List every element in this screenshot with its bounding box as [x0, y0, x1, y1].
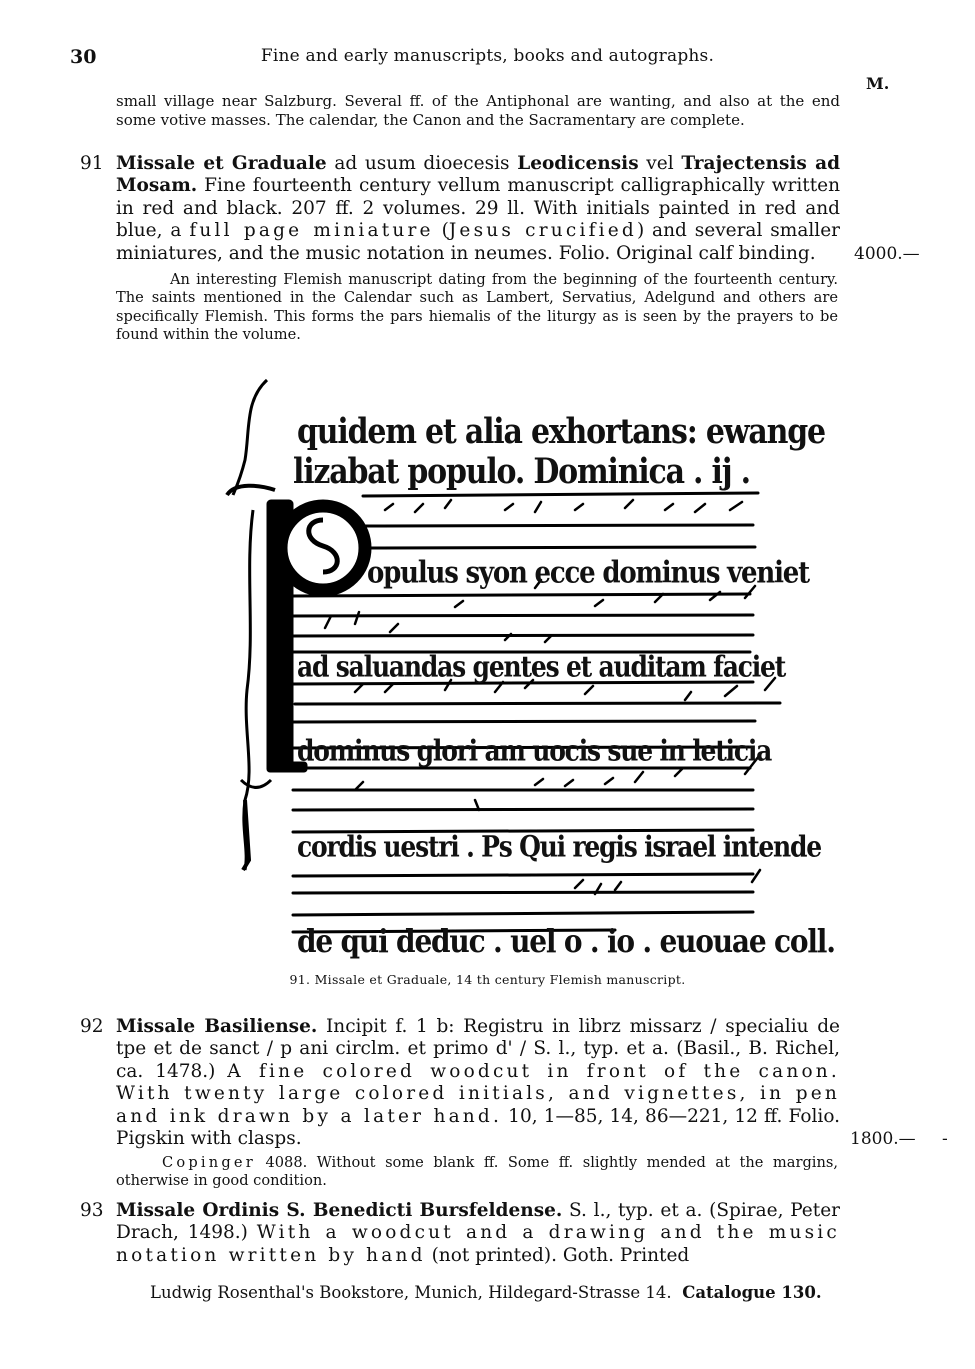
entry-title-part: Missale et Graduale: [116, 153, 327, 174]
entry-91-note: An interesting Flemish manuscript dating…: [116, 271, 838, 345]
manuscript-text-line: de qui deduc . uel o . io . euouae coll.: [297, 922, 835, 960]
catalogue-entry-93: 93 Missale Ordinis S. Benedicti Bursfeld…: [80, 1200, 840, 1267]
manuscript-text-line: opulus syon ecce dominus veniet: [367, 556, 809, 591]
catalogue-entry-92: 92 Missale Basiliense. Incipit f. 1 b: R…: [80, 1016, 840, 1150]
entry-text: Missale et Graduale ad usum dioecesis Le…: [116, 153, 840, 265]
entry-description-spaced: full page miniature: [189, 220, 433, 241]
entry-title-part: vel: [639, 153, 682, 174]
manuscript-text-line: cordis uestri . Ps Qui regis israel inte…: [297, 830, 821, 863]
figure-caption: 91. Missale et Graduale, 14 th century F…: [0, 972, 975, 987]
entry-number: 92: [80, 1016, 104, 1038]
entry-number: 91: [80, 153, 104, 175]
entry-text: Missale Ordinis S. Benedicti Bursfeldens…: [116, 1200, 840, 1267]
entry-title-part: ad usum dioecesis: [327, 153, 518, 174]
running-title: Fine and early manuscripts, books and au…: [0, 46, 975, 66]
entry-title: Missale Ordinis S. Benedicti Bursfeldens…: [116, 1200, 562, 1221]
manuscript-text-line: quidem et alia exhortans: ewange: [297, 412, 825, 452]
entry-text: Missale Basiliense. Incipit f. 1 b: Regi…: [116, 1016, 840, 1150]
manuscript-text-line: lizabat populo. Dominica . ij .: [293, 452, 750, 492]
entry-92-price-extra: -: [942, 1129, 948, 1149]
manuscript-illustration: quidem et alia exhortans: ewange lizabat…: [205, 370, 805, 970]
entry-description-spaced: Jesus crucified: [449, 220, 637, 241]
entry-92-note: Copinger 4088. Without some blank ff. So…: [116, 1154, 838, 1191]
entry-description: (: [434, 220, 449, 241]
entry-number: 93: [80, 1200, 104, 1222]
publisher-address: Ludwig Rosenthal's Bookstore, Munich, Hi…: [150, 1283, 672, 1302]
catalogue-number: Catalogue 130.: [682, 1283, 821, 1302]
currency-label: M.: [866, 74, 889, 93]
previous-entry-continuation: small village near Salzburg. Several ff.…: [116, 92, 840, 130]
entry-91-price: 4000.—: [854, 244, 920, 264]
manuscript-text-line: dominus glori am uocis sue in leticia: [297, 734, 771, 767]
catalogue-entry-91: 91 Missale et Graduale ad usum dioecesis…: [80, 153, 840, 265]
entry-title-part: Leodicensis: [517, 153, 638, 174]
manuscript-text-line: ad saluandas gentes et auditam faciet: [297, 650, 785, 683]
entry-title: Missale Basiliense.: [116, 1016, 317, 1037]
reference-author: Copinger: [162, 1154, 256, 1171]
page-footer: Ludwig Rosenthal's Bookstore, Munich, Hi…: [150, 1283, 865, 1302]
entry-description: (not printed). Goth. Printed: [426, 1245, 690, 1266]
entry-92-price: 1800.—: [850, 1129, 916, 1149]
